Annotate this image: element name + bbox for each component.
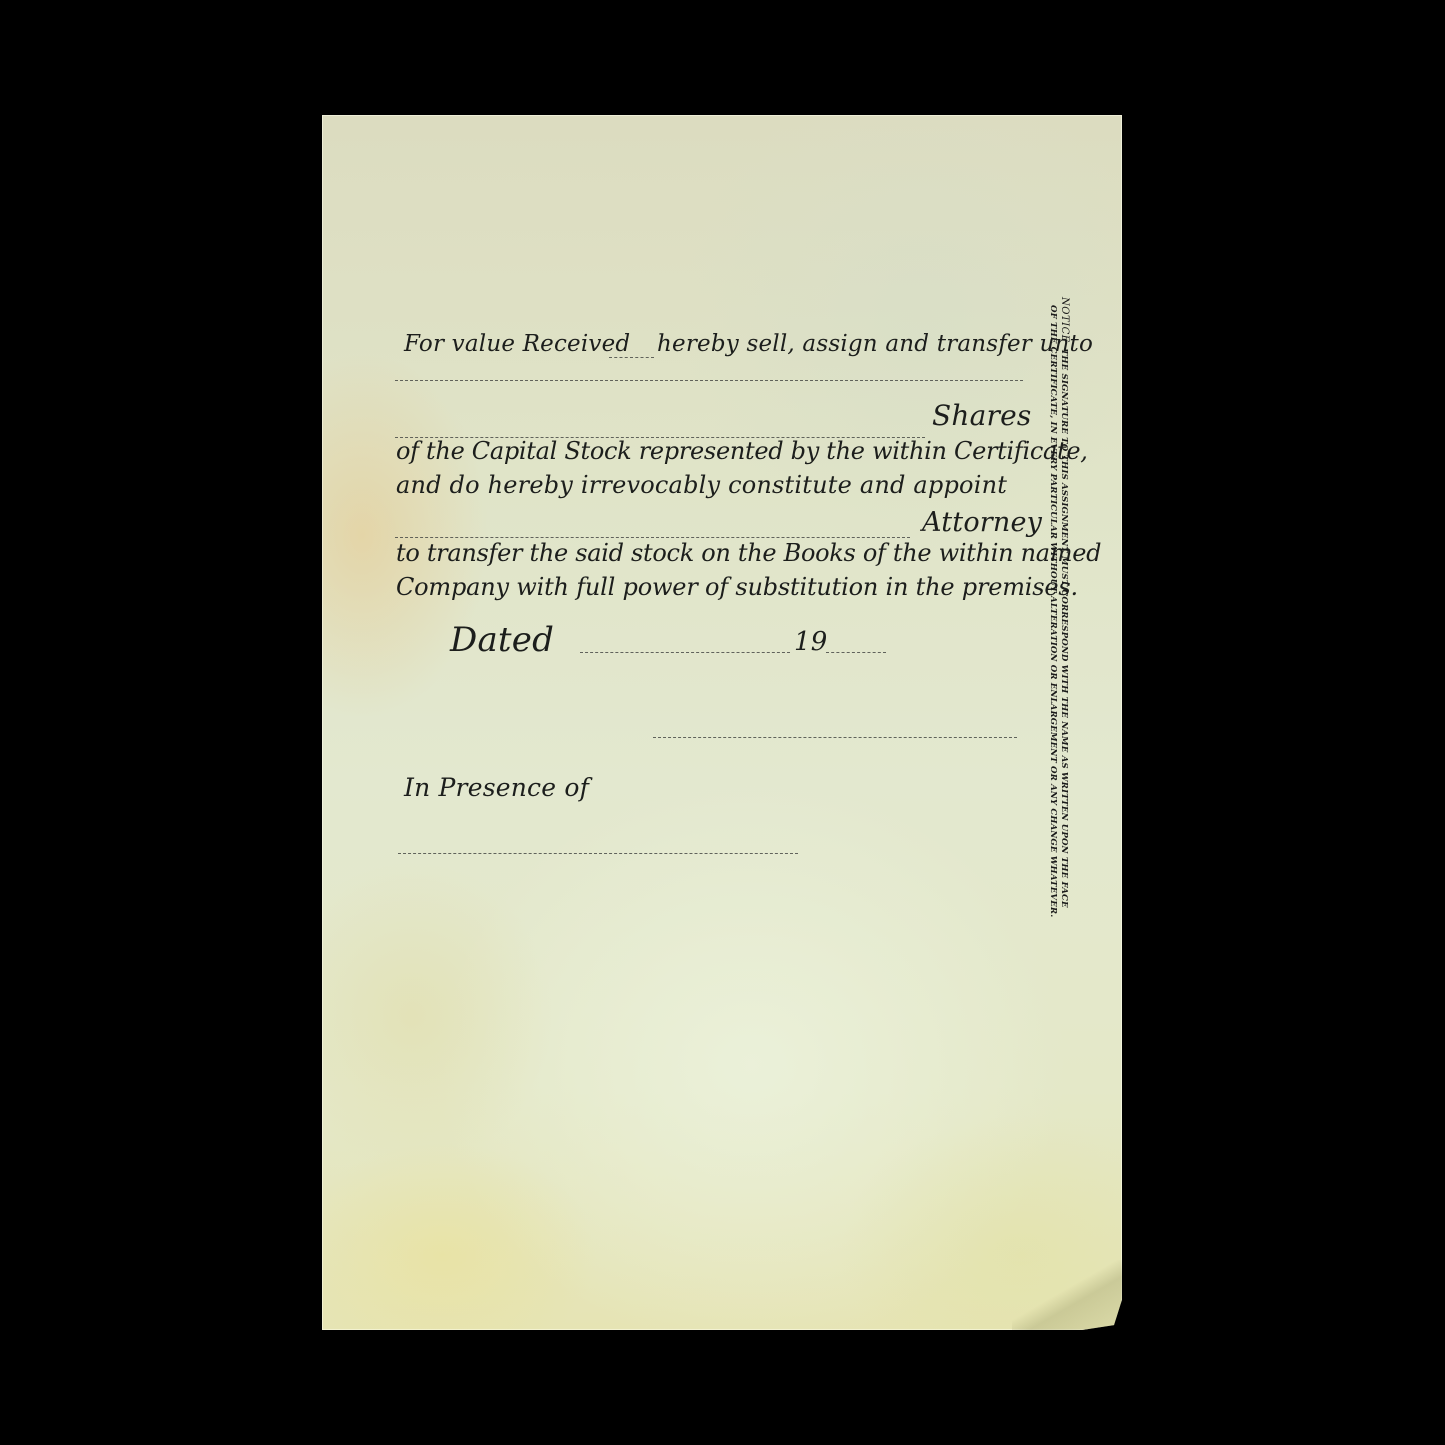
notice-label: Notice [1059,297,1070,343]
year-prefix: 19 [794,627,827,657]
certificate-reverse-page: For value Received hereby sell, assign a… [322,115,1122,1330]
irrevocably-appoint-text: and do hereby irrevocably constitute and… [396,471,1007,499]
attorney-name-line[interactable] [395,537,910,538]
dated-label: Dated [450,620,554,660]
hereby-sell-text: hereby sell, assign and transfer unto [657,331,1093,357]
notice-line-1: The signature to this assignment must co… [1059,349,1069,908]
assignor-signature-line[interactable] [653,737,1017,738]
assignee-name-line[interactable] [395,380,1023,381]
transfer-books-text: to transfer the said stock on the Books … [396,539,1101,567]
year-line[interactable] [826,652,886,653]
corner-fold [1012,1260,1122,1330]
date-line[interactable] [580,652,790,653]
shares-label: Shares [932,399,1031,432]
assignor-blank-line[interactable] [609,357,654,358]
capital-stock-text: of the Capital Stock represented by the … [396,437,1088,465]
attorney-label: Attorney [922,507,1042,538]
witness-signature-line[interactable] [398,853,798,854]
for-value-received-text: For value Received [404,331,630,357]
in-presence-of-label: In Presence of [404,773,589,802]
substitution-text: Company with full power of substitution … [396,573,1078,601]
notice-line-2: of the certificate, in every particular … [1048,305,1058,917]
signature-notice: Notice The signature to this assignment … [1034,297,1070,917]
